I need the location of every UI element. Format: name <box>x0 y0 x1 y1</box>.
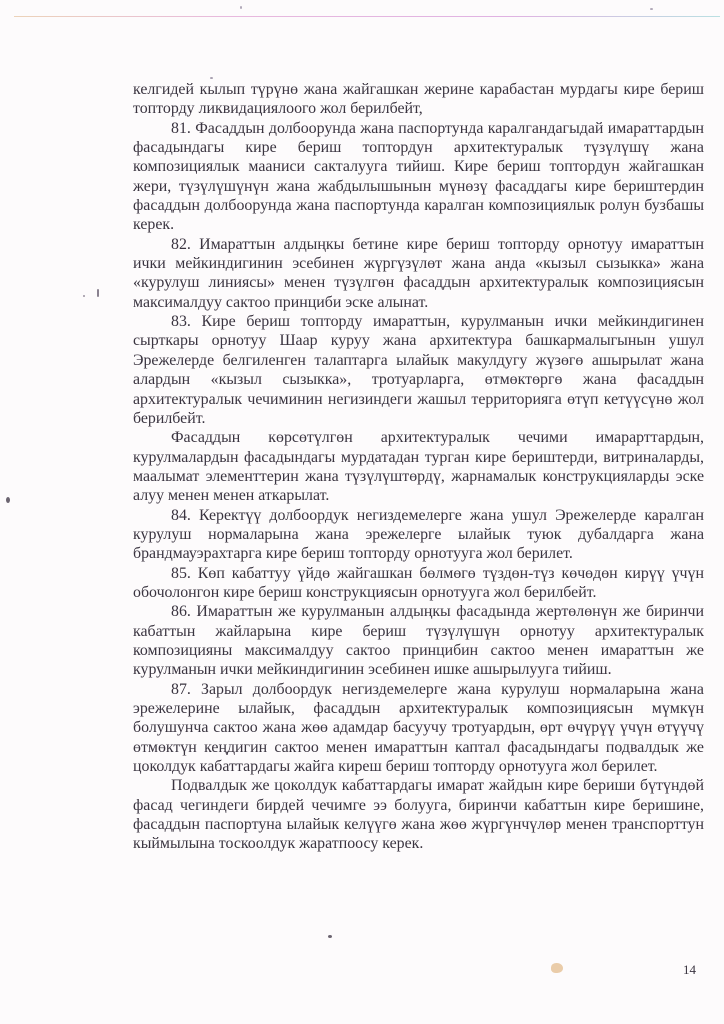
scan-speck <box>210 77 213 79</box>
scan-speck <box>83 295 85 297</box>
scan-edge-line <box>14 16 720 17</box>
paper-stain <box>551 963 563 973</box>
scan-speck <box>328 935 332 938</box>
paragraph-85: 85. Көп кабаттуу үйдө жайгашкан бөлмөгө … <box>133 564 704 603</box>
document-body: келгидей кылып түрүнө жана жайгашкан жер… <box>133 80 704 854</box>
paragraph-82: 82. Имараттын алдыңкы бетине кире бериш … <box>133 235 704 312</box>
paragraph-continuation: келгидей кылып түрүнө жана жайгашкан жер… <box>133 80 704 119</box>
paragraph-84: 84. Керектүү долбоордук негиздемелерге ж… <box>133 506 704 564</box>
paragraph-83-facade-note: Фасаддын көрсөтүлгөн архитектуралык чечи… <box>133 428 704 505</box>
page-number: 14 <box>683 962 696 978</box>
paragraph-87-basement-note: Подвалдык же цоколдук кабаттардагы имара… <box>133 776 704 853</box>
paragraph-81: 81. Фасаддын долбоорунда жана паспортунд… <box>133 119 704 235</box>
scan-speck <box>6 497 10 503</box>
scan-speck <box>97 289 99 297</box>
paragraph-87: 87. Зарыл долбоордук негиздемелерге жана… <box>133 680 704 777</box>
scan-speck <box>240 6 242 9</box>
paragraph-83: 83. Кире бериш топторду имараттын, курул… <box>133 312 704 428</box>
paragraph-86: 86. Имараттын же курулманын алдыңкы фаса… <box>133 602 704 679</box>
scan-speck <box>650 8 653 10</box>
